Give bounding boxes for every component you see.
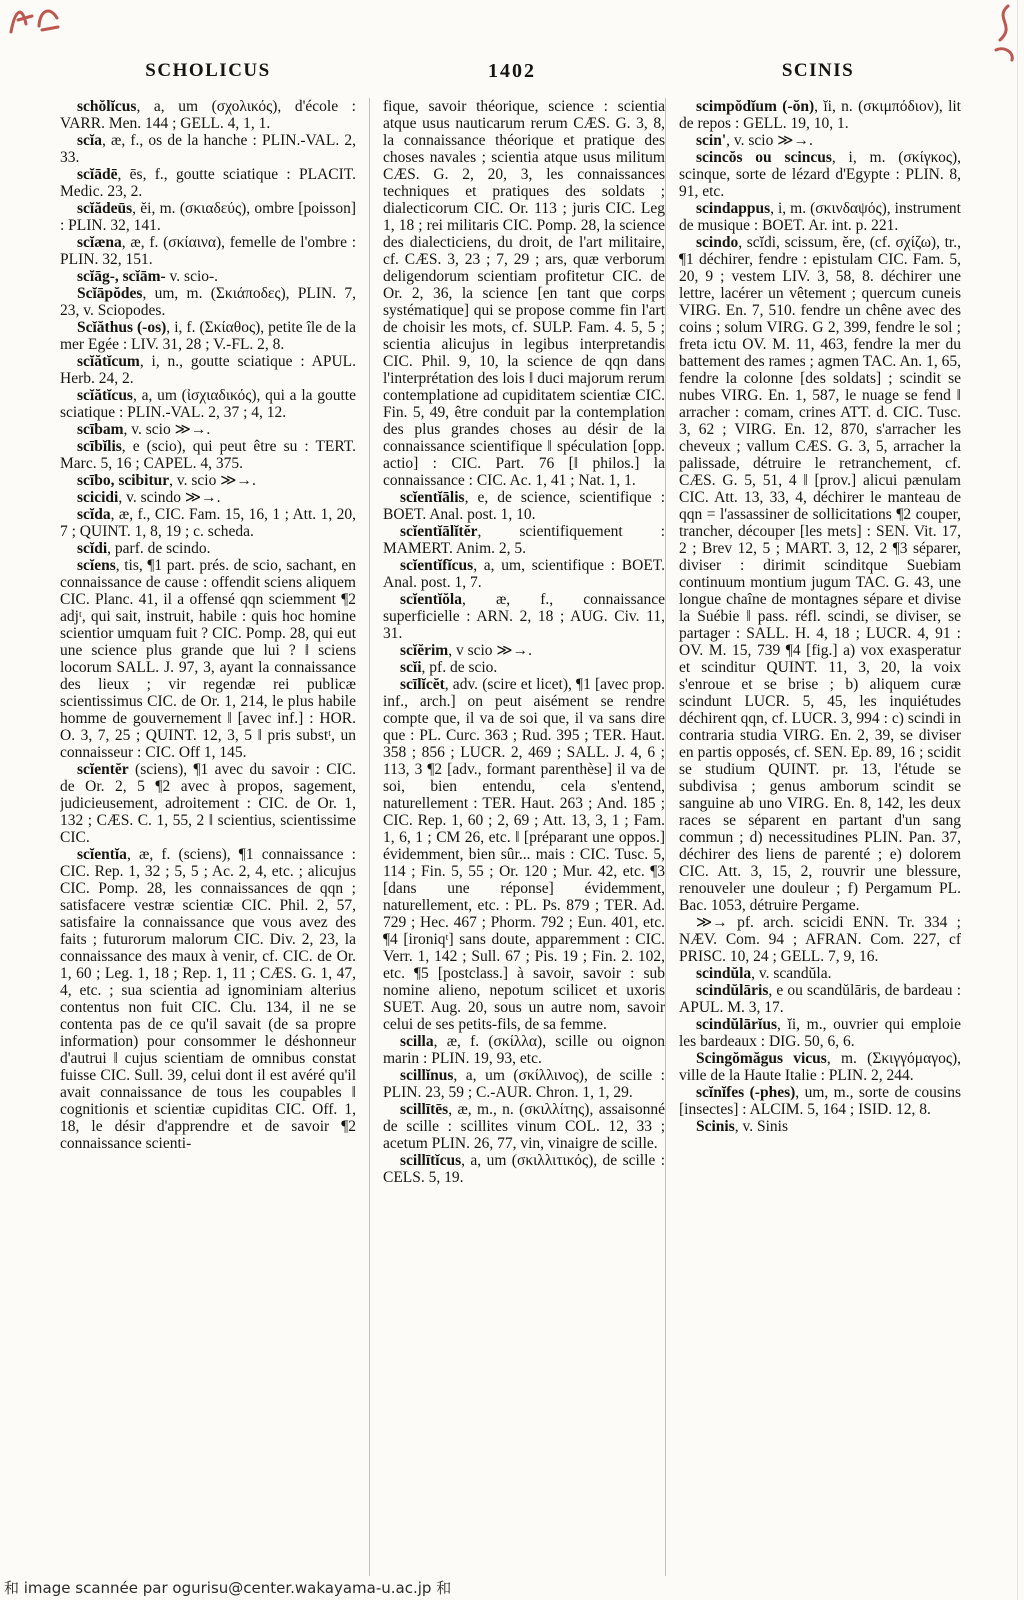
headword: Scĭăthus (-os) (77, 319, 166, 336)
entry-continuation: ≫→ pf. arch. scicidi ENN. Tr. 334 ; NÆV.… (679, 914, 961, 965)
entry-body: , v. scio ≫→. (124, 421, 211, 438)
headword: scĭentĭa (77, 846, 127, 863)
entry-body: , tis, ¶1 part. prés. de scio, sachant, … (60, 557, 356, 761)
dictionary-entry: scībĭlis, e (scio), qui peut être su : T… (60, 438, 356, 472)
dictionary-entry: scĭi, pf. de scio. (383, 659, 665, 676)
headword: scĭādē (77, 166, 117, 183)
headword: scindŭla (696, 965, 751, 982)
headword: scīlĭcĕt (400, 676, 445, 693)
headword: scībo, scibitur (77, 472, 169, 489)
dictionary-entry: scindŭlāris, e ou scandŭlāris, de bardea… (679, 982, 961, 1016)
dictionary-entry: scillĭnus, a, um (σκίλλινος), de scille … (383, 1067, 665, 1101)
headword: scībam (77, 421, 124, 438)
entry-body: fique, savoir théorique, science : scien… (383, 98, 665, 489)
column-3: scimpŏdĭum (-ŏn), ĭi, n. (σκιμπόδιον), l… (665, 98, 961, 1576)
headword: scĭnĭfes (-phes) (696, 1084, 795, 1101)
headword: scillītēs (400, 1101, 448, 1118)
entry-body: , v. scio ≫→. (726, 132, 813, 149)
dictionary-entry: scībo, scibitur, v. scio ≫→. (60, 472, 356, 489)
dictionary-entry: scĭa, æ, f., os de la hanche : PLIN.-VAL… (60, 132, 356, 166)
scan-footer-note: 和 image scannée par ogurisu@center.wakay… (4, 1577, 451, 1598)
headword: scĭāg-, scĭām- (77, 268, 166, 285)
headword: scĭdi (77, 540, 107, 557)
dictionary-entry: scĭnĭfes (-phes), um, m., sorte de cousi… (679, 1084, 961, 1118)
dictionary-entry: schŏlĭcus, a, um (σχολικός), d'école : V… (60, 98, 356, 132)
running-head-right-word: SCINIS (670, 60, 966, 82)
headword: scillĭnus (400, 1067, 453, 1084)
entry-body: v. scio-. (166, 268, 218, 285)
headword: schŏlĭcus (77, 98, 136, 115)
headword: scicidi (77, 489, 118, 506)
dictionary-entry: scin', v. scio ≫→. (679, 132, 961, 149)
headword: scĭentĭfĭcus (400, 557, 473, 574)
scan-edge-line (1017, 0, 1018, 1600)
dictionary-entry: scĭens, tis, ¶1 part. prés. de scio, sac… (60, 557, 356, 761)
headword: scĭæna (77, 234, 122, 251)
headword: scin' (696, 132, 726, 149)
headword: scilla (400, 1033, 434, 1050)
text-columns: schŏlĭcus, a, um (σχολικός), d'école : V… (60, 98, 968, 1576)
headword: Scinis (696, 1118, 735, 1135)
entry-continuation: fique, savoir théorique, science : scien… (383, 98, 665, 489)
dictionary-page-scan: SCHOLICUS 1402 SCINIS schŏlĭcus, a, um (… (0, 0, 1024, 1600)
dictionary-entry: scilla, æ, f. (σκίλλα), scille ou oignon… (383, 1033, 665, 1067)
headword: scindo (696, 234, 738, 251)
entry-body: , v. scio ≫→. (169, 472, 256, 489)
headword: scĭentĕr (77, 761, 129, 778)
entry-body: ≫→ pf. arch. scicidi ENN. Tr. 334 ; NÆV.… (679, 914, 961, 965)
headword: scillītĭcus (400, 1152, 461, 1169)
dictionary-entry: scĭentĭa, æ, f. (sciens), ¶1 connaissanc… (60, 846, 356, 1152)
dictionary-entry: scindŭlārĭus, ĭi, m., ouvrier qui emploi… (679, 1016, 961, 1050)
dictionary-entry: scĭentĭālis, e, de science, scientifique… (383, 489, 665, 523)
column-2: fique, savoir théorique, science : scien… (369, 98, 665, 1576)
dictionary-entry: scindŭla, v. scandŭla. (679, 965, 961, 982)
dictionary-entry: scimpŏdĭum (-ŏn), ĭi, n. (σκιμπόδιον), l… (679, 98, 961, 132)
headword: scindŭlāris (696, 982, 768, 999)
entry-body: , adv. (scire et licet), ¶1 [avec prop. … (383, 676, 665, 1033)
entry-body: , pf. de scio. (422, 659, 498, 676)
headword: scĭens (77, 557, 116, 574)
column-1: schŏlĭcus, a, um (σχολικός), d'école : V… (60, 98, 356, 1576)
dictionary-entry: scillītĭcus, a, um (σκιλλιτικός), de sci… (383, 1152, 665, 1186)
dictionary-entry: scincŏs ou scincus, i, m. (σκίγκος), sci… (679, 149, 961, 200)
headword: scimpŏdĭum (-ŏn) (696, 98, 814, 115)
entry-body: , æ, f. (sciens), ¶1 connaissance : CIC.… (60, 846, 356, 1152)
dictionary-entry: Scingŏmăgus vicus, m. (Σκιγγόμαγος), vil… (679, 1050, 961, 1084)
dictionary-entry: Scĭăthus (-os), i, f. (Σκίαθος), petite … (60, 319, 356, 353)
dictionary-entry: scĭāg-, scĭām- v. scio-. (60, 268, 356, 285)
dictionary-entry: scindo, scĭdi, scissum, ĕre, (cf. σχίζω)… (679, 234, 961, 914)
dictionary-entry: scĭădeūs, ĕi, m. (σκιαδεύς), ombre [pois… (60, 200, 356, 234)
dictionary-entry: scĭentĭŏla, æ, f., connaissance superfic… (383, 591, 665, 642)
dictionary-entry: scīlĭcĕt, adv. (scire et licet), ¶1 [ave… (383, 676, 665, 1033)
entry-body: , v. scindo ≫→. (118, 489, 220, 506)
entry-body: , v scio ≫→. (448, 642, 532, 659)
dictionary-entry: scĭda, æ, f., CIC. Fam. 15, 16, 1 ; Att.… (60, 506, 356, 540)
entry-body: , æ, f., os de la hanche : PLIN.-VAL. 2,… (60, 132, 356, 166)
red-ink-mark-left (6, 0, 64, 40)
dictionary-entry: scĭătĭcus, a, um (ἰσχιαδικός), qui a la … (60, 387, 356, 421)
headword: scĭentĭŏla (400, 591, 462, 608)
dictionary-entry: scĭentĭālĭtĕr, scientifiquement : MAMERT… (383, 523, 665, 557)
headword: scĭătĭcus (77, 387, 133, 404)
dictionary-entry: scĭdi, parf. de scindo. (60, 540, 356, 557)
dictionary-entry: scĭæna, æ, f. (σκίαινα), femelle de l'om… (60, 234, 356, 268)
headword: scĭătĭcum (77, 353, 140, 370)
dictionary-entry: scindappus, i, m. (σκινδαψός), instrumen… (679, 200, 961, 234)
entry-body: , v. scandŭla. (751, 965, 831, 982)
dictionary-entry: Scĭāpŏdes, um, m. (Σκιάποδες), PLIN. 7, … (60, 285, 356, 319)
entry-body: , scĭdi, scissum, ĕre, (cf. σχίζω), tr.,… (679, 234, 961, 914)
headword: scībĭlis (77, 438, 122, 455)
headword: scindŭlārĭus (696, 1016, 777, 1033)
headword: scĭădeūs (77, 200, 132, 217)
headword: scĭentĭālis (400, 489, 465, 506)
dictionary-entry: scĭentĕr (sciens), ¶1 avec du savoir : C… (60, 761, 356, 846)
running-head: SCHOLICUS 1402 SCINIS (0, 60, 1024, 88)
headword: Scĭāpŏdes (77, 285, 142, 302)
dictionary-entry: scĭĕrim, v scio ≫→. (383, 642, 665, 659)
entry-body: , parf. de scindo. (107, 540, 210, 557)
headword: Scingŏmăgus vicus (696, 1050, 827, 1067)
headword: scĭa (77, 132, 102, 149)
headword: scĭi (400, 659, 422, 676)
dictionary-entry: scĭādē, ēs, f., goutte sciatique : PLACI… (60, 166, 356, 200)
headword: scindappus (696, 200, 770, 217)
dictionary-entry: scībam, v. scio ≫→. (60, 421, 356, 438)
headword: scincŏs ou scincus (696, 149, 832, 166)
dictionary-entry: scicidi, v. scindo ≫→. (60, 489, 356, 506)
dictionary-entry: Scinis, v. Sinis (679, 1118, 961, 1135)
dictionary-entry: scillītēs, æ, m., n. (σκιλλίτης), assais… (383, 1101, 665, 1152)
headword: scĭĕrim (400, 642, 448, 659)
headword: scĭentĭālĭtĕr (400, 523, 477, 540)
dictionary-entry: scĭătĭcum, i, n., goutte sciatique : APU… (60, 353, 356, 387)
headword: scĭda (77, 506, 111, 523)
dictionary-entry: scĭentĭfĭcus, a, um, scientifique : BOET… (383, 557, 665, 591)
entry-body: , v. Sinis (735, 1118, 788, 1135)
